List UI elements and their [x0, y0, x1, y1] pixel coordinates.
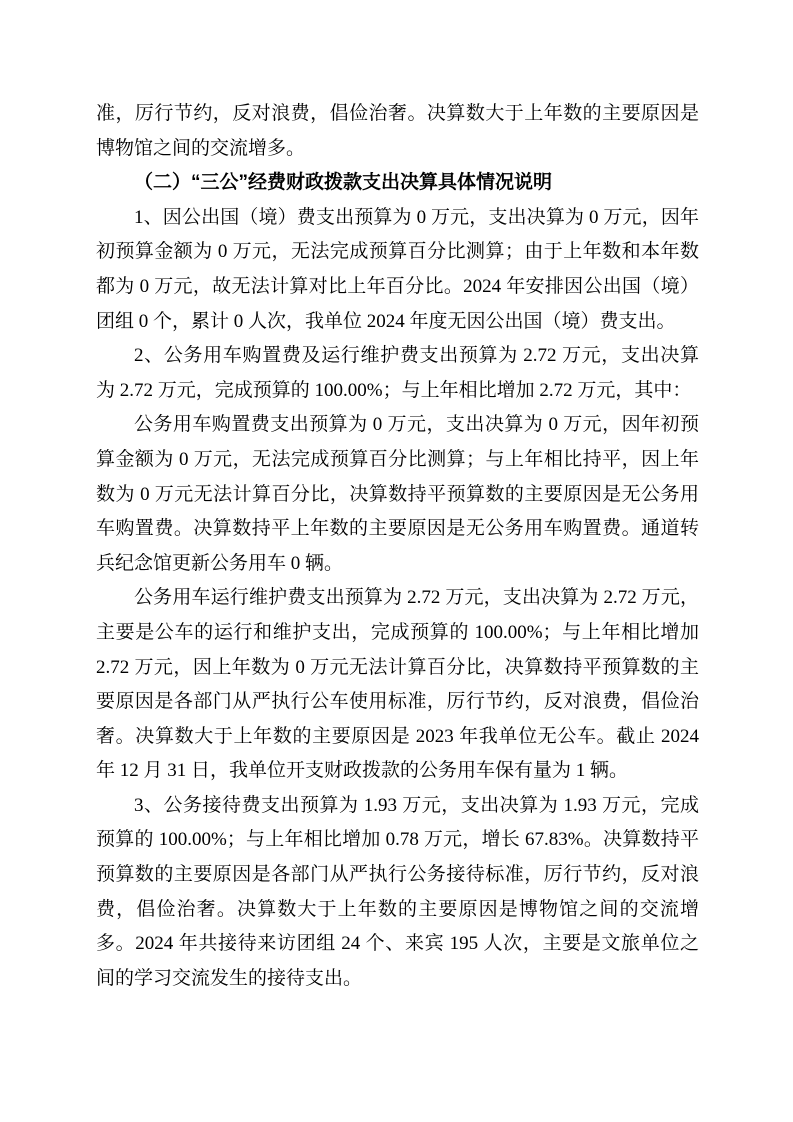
section-heading: （二）“三公”经费财政拨款支出决算具体情况说明	[96, 166, 699, 201]
paragraph-vehicle-total: 2、公务用车购置费及运行维护费支出预算为 2.72 万元，支出决算为 2.72 …	[96, 339, 699, 408]
paragraph-official-reception: 3、公务接待费支出预算为 1.93 万元，支出决算为 1.93 万元，完成预算的…	[96, 789, 699, 997]
paragraph-continuation: 准，厉行节约，反对浪费，倡俭治奢。决算数大于上年数的主要原因是博物馆之间的交流增…	[96, 97, 699, 166]
paragraph-official-travel-abroad: 1、因公出国（境）费支出预算为 0 万元，支出决算为 0 万元，因年初预算金额为…	[96, 201, 699, 339]
paragraph-vehicle-operation: 公务用车运行维护费支出预算为 2.72 万元，支出决算为 2.72 万元，主要是…	[96, 581, 699, 789]
paragraph-vehicle-purchase: 公务用车购置费支出预算为 0 万元，支出决算为 0 万元，因年初预算金额为 0 …	[96, 408, 699, 581]
document-page: 准，厉行节约，反对浪费，倡俭治奢。决算数大于上年数的主要原因是博物馆之间的交流增…	[0, 0, 793, 1122]
